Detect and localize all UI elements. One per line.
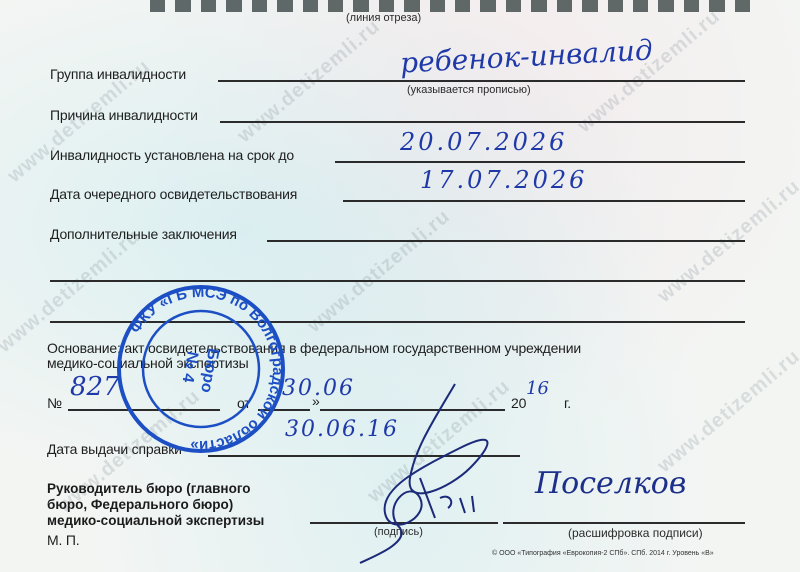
established-until-line xyxy=(335,161,745,163)
watermark: www.detizemli.ru xyxy=(654,345,800,477)
additional-conclusions-label: Дополнительные заключения xyxy=(50,226,237,242)
disability-group-line xyxy=(218,80,745,82)
disability-group-value: ребенок-инвалид xyxy=(399,33,653,79)
established-until-value: 20.07.2026 xyxy=(400,128,567,156)
svg-text:№ 4: № 4 xyxy=(179,350,201,384)
next-exam-line xyxy=(343,200,745,202)
cut-line-label: (линия отреза) xyxy=(346,12,421,24)
established-until-label: Инвалидность установлена на срок до xyxy=(50,147,294,163)
stamp: ФКУ «ГБ МСЭ по Волгоградской области» Бю… xyxy=(112,285,290,453)
disability-reason-line xyxy=(220,121,745,123)
additional-conclusions-line-2 xyxy=(50,280,745,282)
cut-line xyxy=(150,0,750,12)
disability-group-hint: (указывается прописью) xyxy=(407,84,531,96)
disability-reason-label: Причина инвалидности xyxy=(50,107,198,123)
act-year-suffix: г. xyxy=(564,395,571,411)
decoding-value: Поселков xyxy=(535,466,686,501)
decoding-caption: (расшифровка подписи) xyxy=(568,526,703,540)
act-number-label: № xyxy=(47,395,62,411)
next-exam-label: Дата очередного освидетельствования xyxy=(50,186,297,202)
printer-footer: © ООО «Типография «Еврокопия-2 СПб». СПб… xyxy=(492,550,714,557)
head-line-3: медико-социальной экспертизы xyxy=(47,513,264,529)
watermark: www.detizemli.ru xyxy=(574,5,726,137)
seal-label: М. П. xyxy=(47,532,79,548)
disability-group-label: Группа инвалидности xyxy=(50,66,186,82)
signature-icon xyxy=(340,378,540,568)
head-line-1: Руководитель бюро (главного xyxy=(47,481,251,497)
head-line-2: бюро, Федерального бюро) xyxy=(47,497,233,513)
watermark: www.detizemli.ru xyxy=(304,205,456,337)
additional-conclusions-line xyxy=(267,240,745,242)
next-exam-value: 17.07.2026 xyxy=(420,166,587,194)
